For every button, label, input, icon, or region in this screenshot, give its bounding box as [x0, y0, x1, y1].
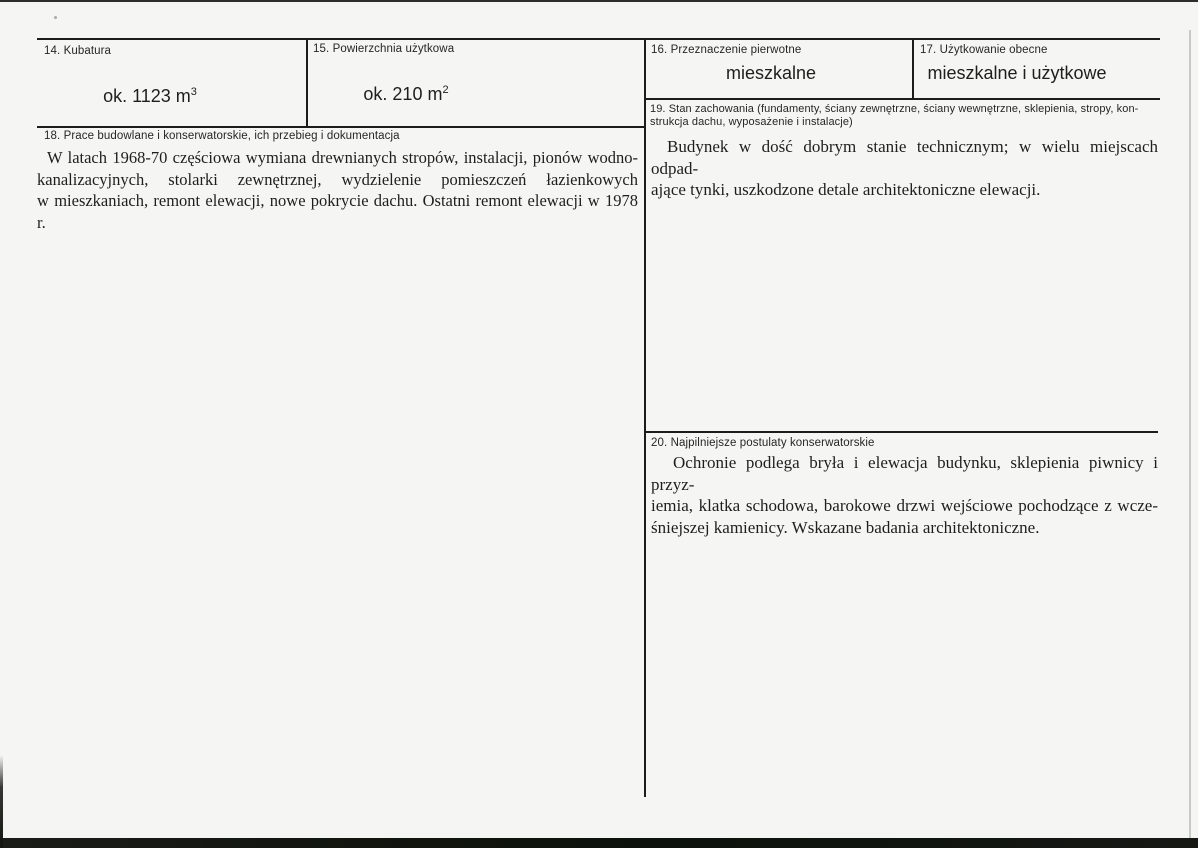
- field-19-body: Budynek w dość dobrym stanie technicznym…: [651, 136, 1158, 201]
- field-14-value: ok. 1123 m3: [37, 86, 263, 107]
- field-17-value: mieszkalne i użytkowe: [912, 63, 1122, 84]
- field-15-label: 15. Powierzchnia użytkowa: [313, 43, 454, 56]
- field14-15-top-border: [37, 38, 646, 40]
- field-20-body: Ochronie podlega bryła i elewacja budynk…: [651, 452, 1158, 538]
- field-17-label: 17. Użytkowanie obecne: [920, 44, 1048, 57]
- field-19-label: 19. Stan zachowania (fundamenty, ściany …: [650, 103, 1170, 128]
- field16-17-bottom-border: [644, 98, 1160, 100]
- field-20-label: 20. Najpilniejsze postulaty konserwators…: [651, 437, 875, 450]
- field-16-value: mieszkalne: [644, 63, 898, 84]
- body-text-line: Ochronie podlega bryła i elewacja budynk…: [651, 452, 1158, 495]
- scan-left-edge-strip: [0, 755, 3, 848]
- scan-bottom-bar: [0, 838, 1198, 848]
- field-15-value-text: ok. 210 m: [363, 84, 442, 104]
- body-text-line: r.: [37, 212, 638, 234]
- center-column-divider: [644, 38, 646, 797]
- body-text-line: W latach 1968-70 częściowa wymiana drewn…: [37, 147, 638, 169]
- body-text-line: śniejszej kamienicy. Wskazane badania ar…: [651, 517, 1158, 539]
- field-15-value: ok. 210 m2: [306, 84, 506, 105]
- field14-15-divider: [306, 38, 308, 128]
- field-18-body: W latach 1968-70 częściowa wymiana drewn…: [37, 147, 638, 233]
- field16-17-top-border: [644, 38, 1160, 40]
- field-14-label: 14. Kubatura: [44, 45, 111, 58]
- scan-top-edge-line: [0, 0, 1198, 2]
- field-16-label: 16. Przeznaczenie pierwotne: [651, 44, 801, 57]
- scan-dust-speck: [54, 16, 57, 19]
- field-15-value-superscript: 2: [442, 84, 448, 96]
- field20-top-border: [644, 431, 1158, 433]
- body-text-line: iemia, klatka schodowa, barokowe drzwi w…: [651, 495, 1158, 517]
- field-14-value-superscript: 3: [191, 86, 197, 98]
- body-text-line: ające tynki, uszkodzone detale architekt…: [651, 179, 1158, 201]
- scanned-form-page: 14. Kubatura ok. 1123 m3 15. Powierzchni…: [0, 0, 1198, 848]
- body-text-line: w mieszkaniach, remont elewacji, nowe po…: [37, 190, 638, 212]
- field-18-label: 18. Prace budowlane i konserwatorskie, i…: [44, 130, 400, 143]
- body-text-line: Budynek w dość dobrym stanie technicznym…: [651, 136, 1158, 179]
- field-14-value-text: ok. 1123 m: [103, 86, 191, 106]
- field14-15-bottom-border: [37, 126, 646, 128]
- body-text-line: kanalizacyjnych, stolarki zewnętrznej, w…: [37, 169, 638, 191]
- scan-right-edge-line: [1189, 30, 1191, 838]
